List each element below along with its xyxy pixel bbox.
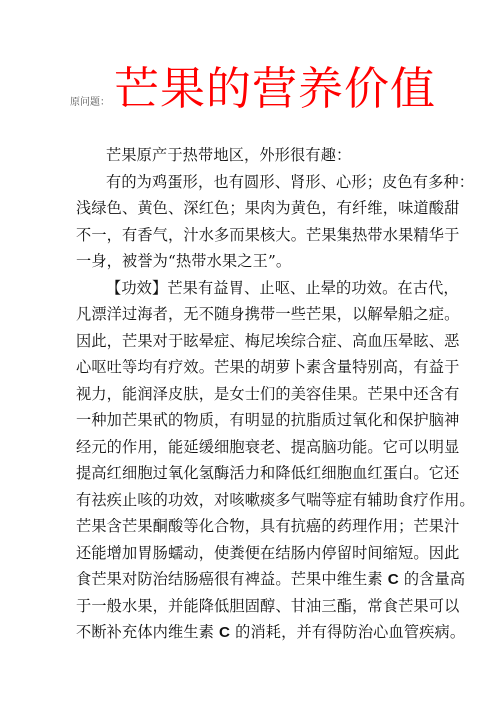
paragraph-line: 芒果含芒果酮酸等化合物，具有抗癌的药理作用；芒果汁: [76, 513, 468, 540]
paragraph-line: 芒果原产于热带地区，外形很有趣：: [76, 142, 468, 169]
paragraph-line: 心呕吐等均有疗效。芒果的胡萝卜素含量特别高，有益于: [76, 354, 468, 381]
paragraph-line: 一种加芒果甙的物质，有明显的抗脂质过氧化和保护脑神: [76, 407, 468, 434]
page-title: 芒果的营养价值: [114, 62, 436, 116]
paragraph-line: 食芒果对防治结肠癌很有裨益。芒果中维生素 C 的含量高: [76, 566, 468, 593]
paragraph-line: 因此，芒果对于眩晕症、梅尼埃综合症、高血压晕眩、恶: [76, 328, 468, 355]
vitamin-c-label: C: [388, 571, 399, 588]
line-segment: 不断补充体内维生素: [76, 623, 219, 641]
line-segment: 的含量高: [399, 570, 465, 588]
line-segment: 食芒果对防治结肠癌很有裨益。芒果中维生素: [76, 570, 388, 588]
paragraph-line: 视力，能润泽皮肤，是女士们的美容佳果。芒果中还含有: [76, 381, 468, 408]
line-segment: 的消耗，并有得防治心血管疾病。: [230, 623, 465, 641]
paragraph-line: 有的为鸡蛋形，也有圆形、肾形、心形；皮色有多种：: [76, 169, 468, 196]
paragraph-line: 于一般水果，并能降低胆固醇、甘油三酯，常食芒果可以: [76, 593, 468, 620]
title-row: 原问题： 芒果的营养价值: [70, 62, 436, 116]
paragraph-line: 浅绿色、黄色、深红色；果肉为黄色，有纤维，味道酸甜: [76, 195, 468, 222]
document-page: 原问题： 芒果的营养价值 芒果原产于热带地区，外形很有趣： 有的为鸡蛋形，也有圆…: [0, 0, 500, 708]
paragraph-line: 不一，有香气，汁水多而果核大。芒果集热带水果精华于: [76, 222, 468, 249]
paragraph-line: 凡漂洋过海者，无不随身携带一些芒果，以解晕船之症。: [76, 301, 468, 328]
original-question-label: 原问题：: [70, 93, 110, 108]
paragraph-line: 有祛疾止咳的功效，对咳嗽痰多气喘等症有辅助食疗作用。: [76, 487, 468, 514]
vitamin-c-label: C: [219, 624, 230, 641]
paragraph-line: 提高红细胞过氧化氢酶活力和降低红细胞血红蛋白。它还: [76, 460, 468, 487]
article-body: 芒果原产于热带地区，外形很有趣： 有的为鸡蛋形，也有圆形、肾形、心形；皮色有多种…: [76, 142, 468, 646]
paragraph-line: 不断补充体内维生素 C 的消耗，并有得防治心血管疾病。: [76, 619, 468, 646]
paragraph-line: 【功效】芒果有益胃、止呕、止晕的功效。在古代，: [76, 275, 468, 302]
paragraph-line: 还能增加胃肠蠕动，使粪便在结肠内停留时间缩短。因此: [76, 540, 468, 567]
paragraph-line: 一身，被誉为“热带水果之王”。: [76, 248, 468, 275]
paragraph-line: 经元的作用，能延缓细胞衰老、提高脑功能。它可以明显: [76, 434, 468, 461]
